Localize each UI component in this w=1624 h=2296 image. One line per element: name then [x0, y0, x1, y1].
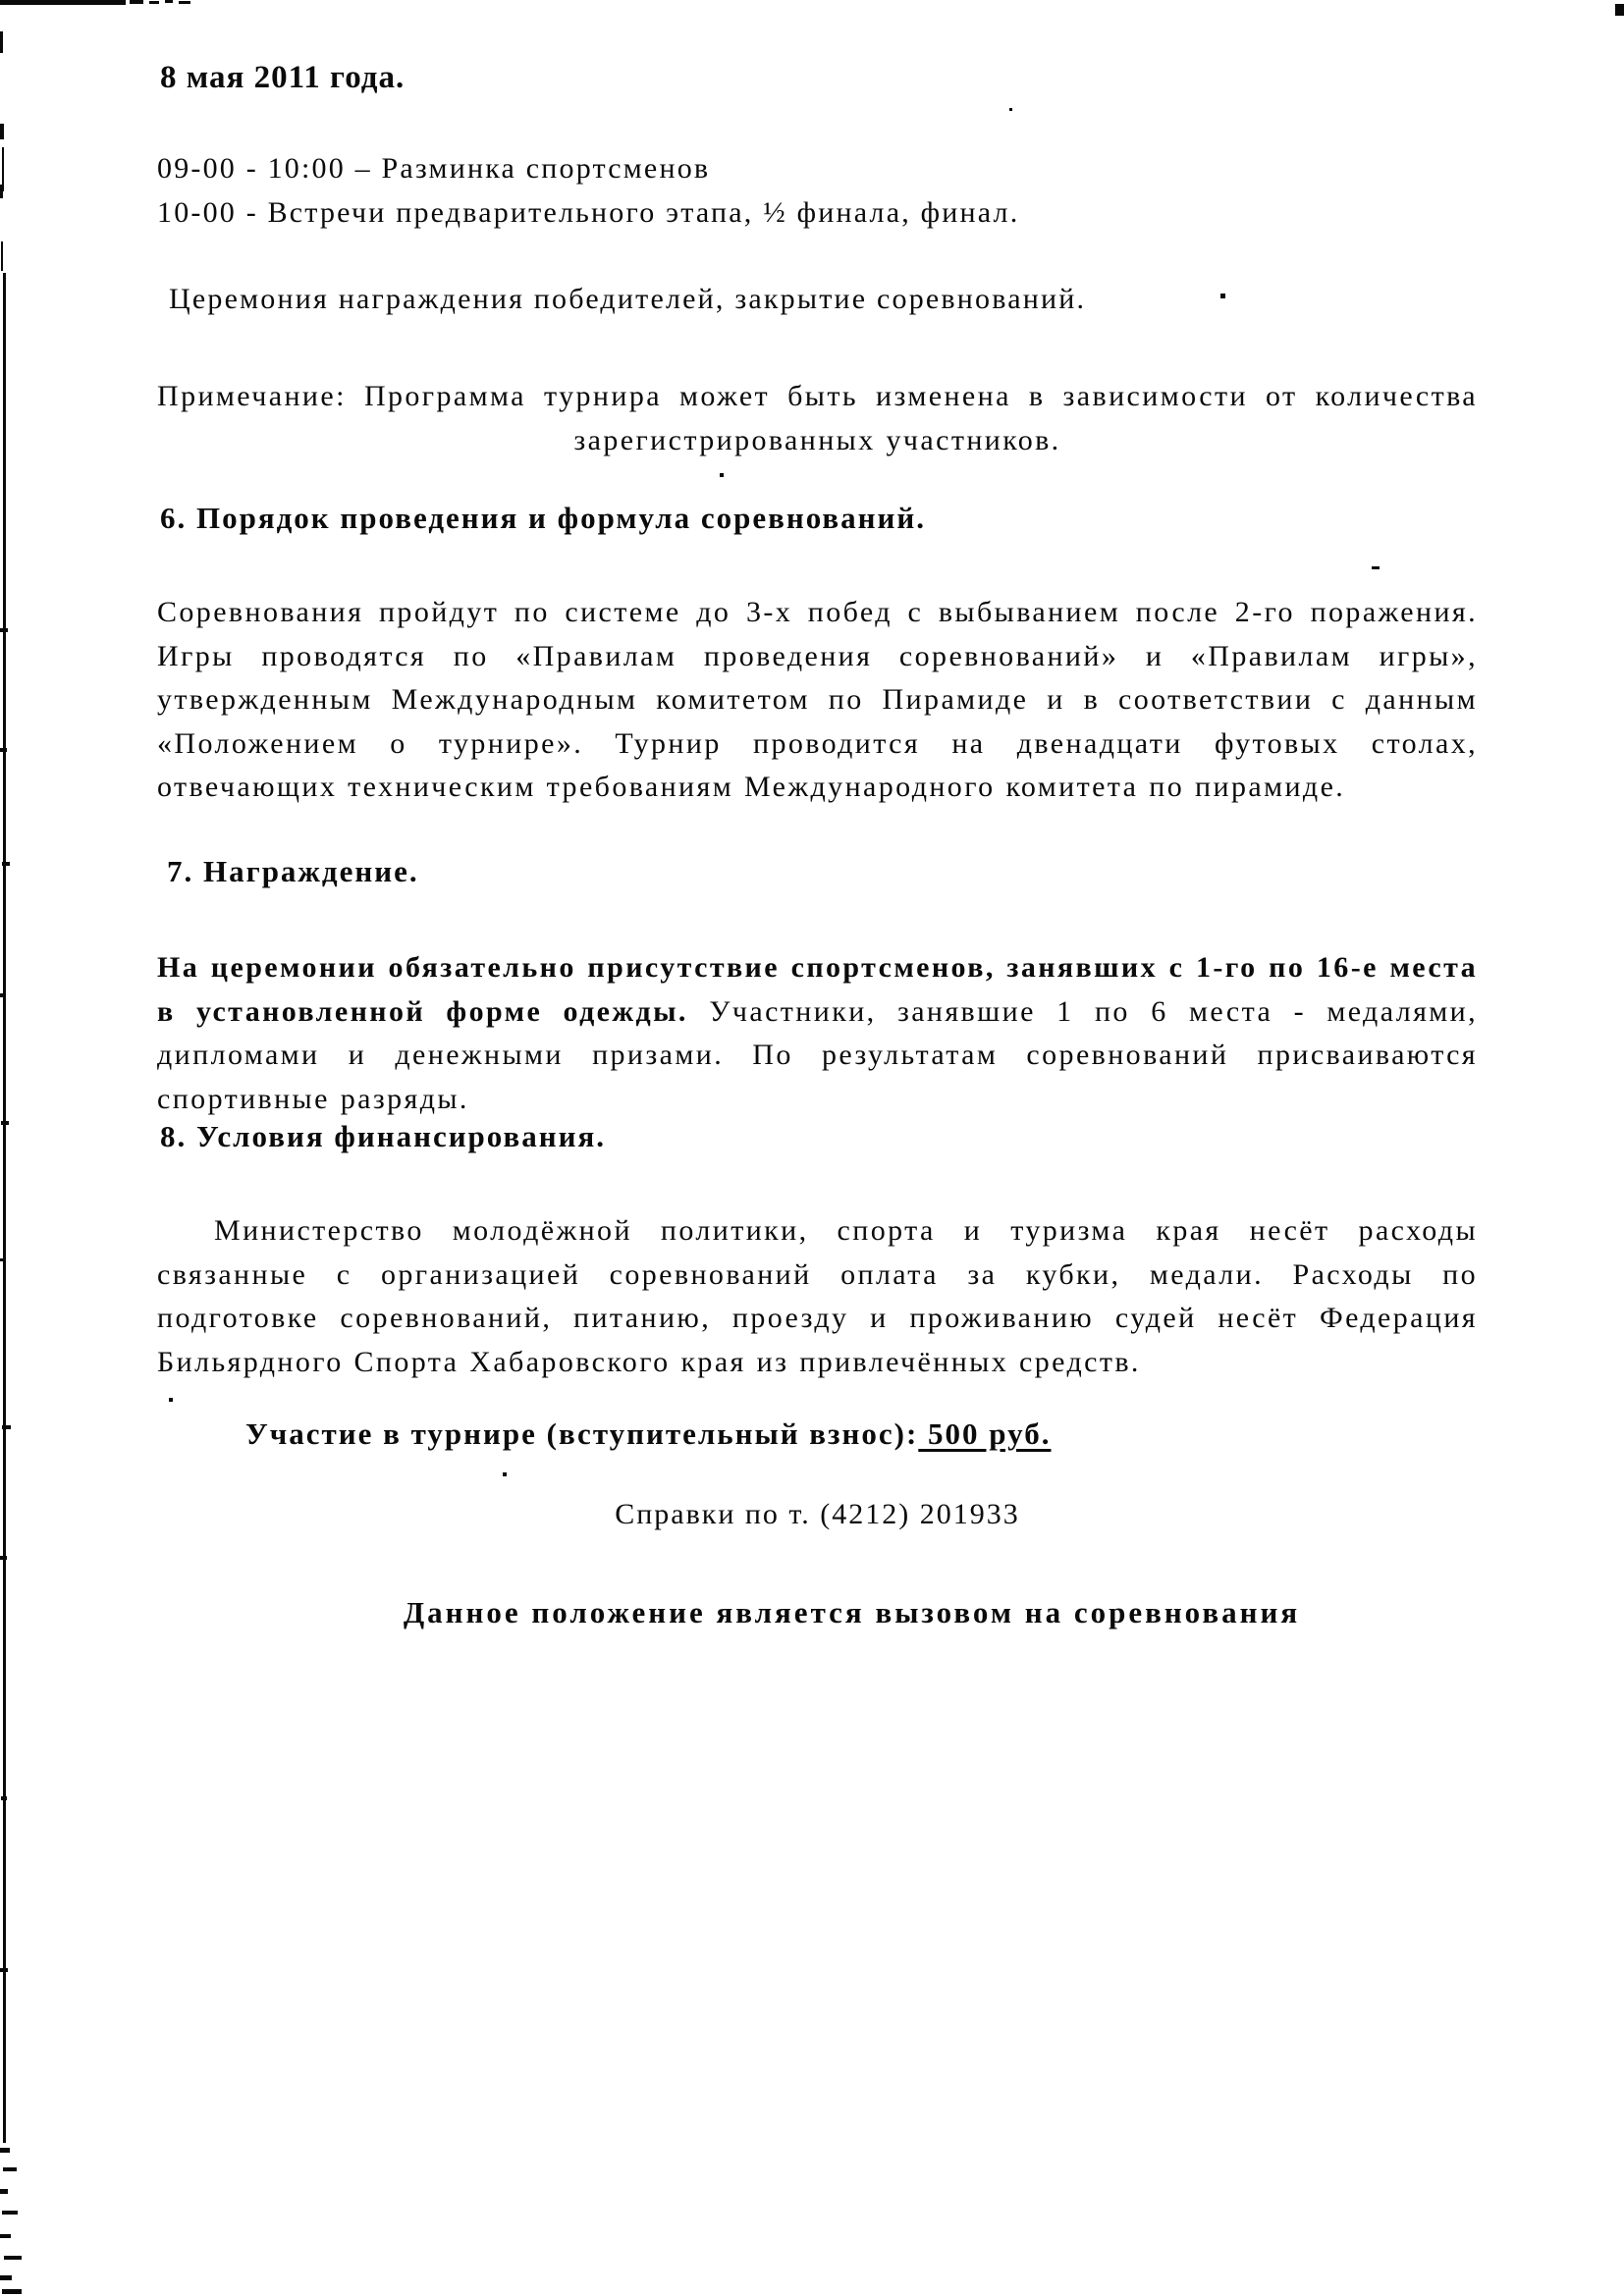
scan-artifact — [1, 1796, 7, 1800]
scan-artifact — [1615, 4, 1624, 16]
scan-artifact — [1, 1121, 9, 1125]
scan-artifact — [2, 2211, 18, 2215]
scan-artifact — [1009, 108, 1012, 111]
scan-artifact — [2, 862, 10, 866]
scan-artifact — [0, 748, 7, 752]
schedule-line-warmup: 09-00 - 10:00 – Разминка спортсменов — [157, 149, 710, 188]
scan-artifact — [3, 2167, 17, 2171]
scan-artifact — [0, 2234, 11, 2238]
note-line-2: зарегистрированных участников. — [157, 419, 1478, 463]
scan-artifact — [0, 2148, 10, 2153]
scan-artifact — [0, 1968, 8, 1972]
scanned-document-page: { "page": { "date_heading": "8 мая 2011 … — [0, 0, 1624, 2296]
scan-artifact — [0, 993, 6, 997]
scan-artifact — [720, 473, 724, 477]
section-8-heading: 8. Условия финансирования. — [160, 1118, 606, 1155]
scan-artifact — [0, 628, 8, 632]
scan-artifact — [1220, 294, 1225, 298]
entry-fee-amount: 500 руб. — [918, 1416, 1051, 1451]
section-6-heading: 6. Порядок проведения и формула соревнов… — [160, 500, 926, 537]
phone-info-line: Справки по т. (4212) 201933 — [157, 1495, 1478, 1534]
scan-artifact — [0, 31, 3, 53]
scan-artifact — [0, 2189, 8, 2194]
section-6-body: Соревнования пройдут по системе до 3-х п… — [157, 591, 1478, 810]
scan-artifact — [0, 1556, 7, 1560]
scan-artifact — [1, 241, 3, 271]
section-7-body: На церемонии обязательно присутствие спо… — [157, 946, 1478, 1121]
scan-artifact — [130, 0, 143, 4]
schedule-line-matches: 10-00 - Встречи предварительного этапа, … — [157, 193, 1019, 233]
scan-artifact — [149, 1, 159, 4]
scan-artifact — [4, 2256, 22, 2260]
ceremony-line: Церемония награждения победителей, закры… — [169, 280, 1086, 319]
scan-artifact — [0, 0, 126, 5]
footer-invitation-line: Данное положение является вызовом на сор… — [177, 1593, 1527, 1632]
scan-artifact — [2, 2289, 22, 2294]
note-line-1: Примечание: Программа турнира может быть… — [157, 375, 1478, 419]
scan-artifact — [0, 1258, 6, 1261]
scan-artifact — [503, 1472, 507, 1476]
scan-artifact — [165, 0, 173, 3]
scan-artifact — [179, 1, 190, 4]
date-heading: 8 мая 2011 года. — [160, 59, 405, 96]
section-8-body: Министерство молодёжной политики, спорта… — [157, 1209, 1478, 1384]
scan-artifact — [0, 185, 3, 198]
section-7-heading: 7. Награждение. — [167, 853, 419, 890]
scan-artifact — [0, 2275, 12, 2280]
scan-artifact — [2, 1425, 11, 1429]
scan-artifact — [0, 124, 4, 139]
scan-artifact — [169, 1398, 173, 1402]
entry-fee-line: Участие в турнире (вступительный взнос):… — [245, 1415, 1051, 1454]
entry-fee-label: Участие в турнире (вступительный взнос): — [245, 1416, 918, 1451]
scan-artifact — [3, 273, 6, 2143]
scan-artifact — [1372, 566, 1380, 569]
